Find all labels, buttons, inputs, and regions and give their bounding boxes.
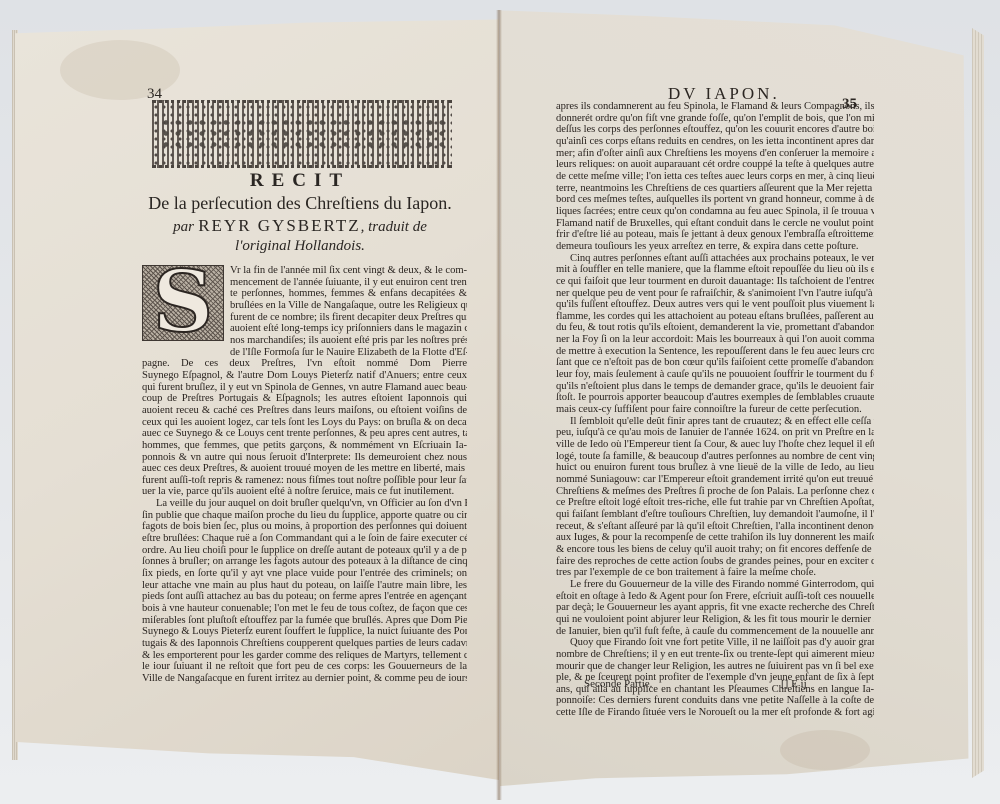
byline: par REYR GYSBERTZ, traduit de	[130, 216, 470, 236]
text-line: miſerables ſont pluſtoſt eſtouffez par l…	[142, 615, 467, 627]
text-line: auoient receu & caché ces Preſtres dans …	[142, 405, 467, 417]
text-line: flamme, les cordes qui les attachoient a…	[556, 311, 874, 323]
text-line: nos marchandiſes; ils auoient eſté pris …	[230, 335, 467, 347]
text-line: ſtoſt. Ie pourrois apporter beaucoup d'a…	[556, 392, 874, 404]
text-line: tugais & des Iaponnois Chreſtiens couppe…	[142, 638, 467, 650]
text-line: ce Preſtre eſtoit logé eſtoit tres-riche…	[556, 497, 874, 509]
text-line: apres ils condamnerent au feu Spinola, l…	[556, 101, 874, 113]
text-line: du feu, & tout rotis qu'ils eſtoient, de…	[556, 322, 874, 334]
text-line: Il ſembloit qu'elle deût finir apres tan…	[556, 416, 874, 428]
text-line: leur foy, mais ſeulement à cauſe qu'ils …	[556, 369, 874, 381]
text-line: aux Iuges, & pour la recompenſe de cette…	[556, 532, 874, 544]
text-line: ſin publie que chaque maiſon proche du l…	[142, 510, 467, 522]
text-line: ſix pieds, en ſorte qu'il y ayt vne plac…	[142, 568, 467, 580]
text-line: faire des reproches de cette action ſoub…	[556, 556, 874, 568]
text-line: le iour ſuiuant il ne reſtoit que fort p…	[142, 661, 467, 673]
text-line: nombre de Chreſtiens; il y en eut trente…	[556, 649, 874, 661]
text-line: Le frere du Gouuerneur de la ville des F…	[556, 579, 874, 591]
text-line: mencement de l'année ſuiuante, il y eut …	[230, 277, 467, 289]
text-line: peu, iuſqu'à ce qu'au mois de Ianuier de…	[556, 427, 874, 439]
text-line: ville de Iedo où l'Empereur tient ſa Cou…	[556, 439, 874, 451]
text-line: Cinq autres perſonnes eſtant auſſi attac…	[556, 253, 874, 265]
text-line: qu'ainſi ces corps eſtans reduits en cen…	[556, 136, 874, 148]
author-name: REYR GYSBERTZ	[198, 216, 360, 235]
text-line: Flamand natif de Bruxelles, qui eſtant c…	[556, 218, 874, 230]
text-line: & encore tous les biens de celuy qu'il a…	[556, 544, 874, 556]
text-line: ponnois & vn autre qui nous ſeruoit d'In…	[142, 452, 467, 464]
text-line: tres par l'exemple de ce bon traitement …	[556, 567, 874, 579]
text-line: qu'ils fuſſent eſtouffez. Deux autres ve…	[556, 299, 874, 311]
text-line: Suynego Eſpagnol, & l'autre Dom Louys Pi…	[142, 370, 467, 382]
text-line: coup de Preſtres Portugais & Eſpagnols; …	[142, 393, 467, 405]
text-line: de cette meſme ville; l'on ietta ces teſ…	[556, 171, 874, 183]
text-line: mourir que de changer leur Religion, les…	[556, 661, 874, 673]
chapter-subtitle: De la perſecution des Chreſtiens du Iapo…	[130, 193, 470, 214]
text-line: La veille du jour auquel on doit bruſler…	[142, 498, 467, 510]
drop-cap-paragraph: Vr la fin de l'année mil ſix cent vingt …	[142, 265, 467, 358]
text-line: bord ces meſmes teſtes, auſquelles ils p…	[556, 194, 874, 206]
text-line: bruſlées en la Ville de Nangaſaque, outr…	[230, 300, 467, 312]
text-line: auoient eſté long-temps icy priſonniers …	[230, 323, 467, 335]
text-line: qui furent bruſlez, il y eut vn Spinola …	[142, 382, 467, 394]
paper-stain	[60, 40, 180, 100]
chapter-title: RECIT	[130, 170, 470, 192]
right-page-body: apres ils condamnerent au feu Spinola, l…	[556, 101, 874, 719]
text-line: furent auſſi-toſt repris & ramenez: nous…	[142, 475, 467, 487]
text-line: demeura touſiours les yeux arreſtez en t…	[556, 241, 874, 253]
text-line: Quoy que Firando ſoit vne fort petite Vi…	[556, 637, 874, 649]
text-line: qu'ils n'eſtoient plus dans le temps de …	[556, 381, 874, 393]
text-line: qui faiſant ſemblant d'eſtre touſiours C…	[556, 509, 874, 521]
text-line: nommé Suniagouw: car l'Empereur eſtoit g…	[556, 474, 874, 486]
paper-stain	[780, 730, 870, 770]
text-line: ner quelque peu de vent pour ſe rafraiſc…	[556, 288, 874, 300]
left-page-body: Vr la fin de l'année mil ſix cent vingt …	[142, 265, 467, 685]
text-line: ponnoiſe: Ces derniers furent conduits d…	[556, 695, 874, 707]
text-line: Vr la fin de l'année mil ſix cent vingt …	[230, 265, 467, 277]
text-line: mais ceux-cy ſuffiſent pour faire connoi…	[556, 404, 874, 416]
text-line: & les emporterent pour les garder comme …	[142, 650, 467, 662]
byline-translated: , traduit de	[361, 219, 427, 235]
text-line: logé, toute ſa famille, & beaucoup d'aut…	[556, 451, 874, 463]
text-line: deſſus les corps des perſonnes eſtouffez…	[556, 124, 874, 136]
text-line: auec ces deux Preſtres, & auoient trouué…	[142, 463, 467, 475]
text-line: leurs reliques: on auoit auparauant cét …	[556, 159, 874, 171]
signature-line: Seconde Partie.	[584, 678, 652, 690]
right-body-lines: apres ils condamnerent au feu Spinola, l…	[556, 101, 874, 719]
text-line: fagots de bois bien ſec, plus ou moins, …	[142, 521, 467, 533]
book-gutter	[496, 10, 502, 800]
text-line: auec ce Suynego & ce Louys cent trente p…	[142, 428, 467, 440]
text-line: mit à ſouffler en telle maniere, que la …	[556, 264, 874, 276]
text-line: cette Iſle de Firando ſituée vers le Nor…	[556, 707, 874, 719]
text-line: ceux qui les auoient logez, car tels ſon…	[142, 417, 467, 429]
text-line: pagne. De ces deux Preſtres, l'vn eſtoit…	[142, 358, 467, 370]
text-line: bois à vne hauteur conuenable; l'on met …	[142, 603, 467, 615]
text-line: donnerét ordre qu'on fiſt vne grande foſ…	[556, 113, 874, 125]
text-line: receut, & s'eſtant aſſeuré par là qu'il …	[556, 521, 874, 533]
headpiece-ornament	[152, 100, 452, 168]
text-line: terre, neantmoins les Chreſtiens de ces …	[556, 183, 874, 195]
text-line: Suynego & Louys Pieterſz eurent ſouffert…	[142, 626, 467, 638]
text-line: ordre. Au lieu choiſi pour le ſupplice o…	[142, 545, 467, 557]
ornament-pattern	[160, 117, 444, 151]
text-line: mer; afin d'oſter ainſi aux Chreſtiens l…	[556, 148, 874, 160]
text-line: uer la vie, parce qu'ils auoient eſté à …	[142, 486, 467, 498]
signature-mark: [] E ij	[781, 678, 807, 690]
text-line: de mettre à execution la Sentence, les r…	[556, 346, 874, 358]
text-line: de Ianuier, bien qu'il fuſt feſte, à cau…	[556, 626, 874, 638]
text-line: hommes, que femmes, que petits garçons, …	[142, 440, 467, 452]
right-page-edge	[972, 28, 984, 778]
text-line: eſtre bruſlées: Chaque ruë a ſon Command…	[142, 533, 467, 545]
text-line: ner la Foy ſi on la leur accordoit: Mais…	[556, 334, 874, 346]
text-line: frir d'eſtre lié au poteau, mais ſe jett…	[556, 229, 874, 241]
text-line: Chreſtiens & meſmes des Preſtres ſi proc…	[556, 486, 874, 498]
text-line: ſonnes à bruſler; on arrange les fagots …	[142, 556, 467, 568]
text-line: leur attache vne main au plus haut du po…	[142, 580, 467, 592]
text-line: de l'Iſle Formoſa ſur le Nauire Elizabet…	[230, 347, 467, 359]
text-line: Ville de Nangaſacque en furent irritez a…	[142, 673, 467, 685]
text-line: eſtoit en oſtage à Iedo & Agent pour ſon…	[556, 591, 874, 603]
text-line: ce qui faiſoit que leur tourment en duro…	[556, 276, 874, 288]
text-line: huict ou enuiron furent tous bruſlez à v…	[556, 462, 874, 474]
text-line: liques ſacrées; entre ceux qu'on condamn…	[556, 206, 874, 218]
text-line: furent de ce nombre; ils firent decapite…	[230, 312, 467, 324]
text-line: te perſonnes, hommes, femmes & enfans de…	[230, 288, 467, 300]
text-line: par deçà; le Gouuerneur les ayant appris…	[556, 602, 874, 614]
text-line: ſant que ce n'eſtoit pas de bon cœur qu'…	[556, 357, 874, 369]
text-line: pieds ſont auſſi attachez au bas du pote…	[142, 591, 467, 603]
byline-par: par	[173, 219, 194, 235]
text-line: qui ne vouloient point abjurer leur Reli…	[556, 614, 874, 626]
left-body-lines: pagne. De ces deux Preſtres, l'vn eſtoit…	[142, 358, 467, 684]
